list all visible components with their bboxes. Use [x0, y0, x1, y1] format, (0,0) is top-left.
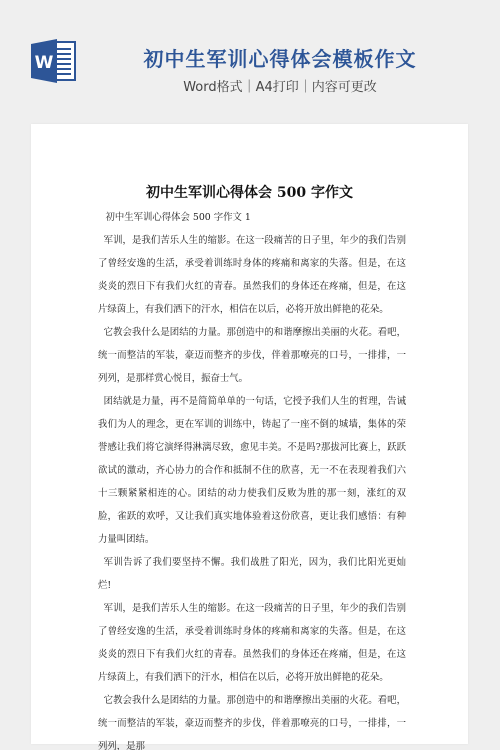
svg-text:W: W	[35, 53, 54, 73]
document-paragraph: 军训告诉了我们要坚持不懈。我们战胜了阳光，因为，我们比阳光更灿烂!	[98, 551, 406, 597]
document-body: 初中生军训心得体会 500 字作文 1 军训，是我们苦乐人生的缩影。在这一段痛苦…	[98, 206, 406, 750]
page-title: 初中生军训心得体会模板作文	[120, 43, 440, 72]
document-paragraph: 它教会我什么是团结的力量。那创造中的和谐摩擦出美丽的火花。看吧，统一而整洁的军装…	[98, 321, 406, 390]
document-page: 初中生军训心得体会 500 字作文 初中生军训心得体会 500 字作文 1 军训…	[31, 124, 468, 744]
document-paragraph: 团结就是力量，再不是简简单单的一句话，它授予我们人生的哲理，告诫我们为人的理念，…	[98, 390, 406, 551]
document-title: 初中生军训心得体会 500 字作文	[31, 182, 468, 202]
document-paragraph: 军训，是我们苦乐人生的缩影。在这一段痛苦的日子里，年少的我们告别了曾经安逸的生活…	[98, 229, 406, 321]
document-subheading: 初中生军训心得体会 500 字作文 1	[98, 206, 406, 229]
word-document-icon: W	[31, 39, 77, 83]
header: W 初中生军训心得体会模板作文 Word格式｜A4打印｜内容可更改	[0, 0, 500, 120]
document-paragraph: 它教会我什么是团结的力量。那创造中的和谐摩擦出美丽的火花。看吧，统一而整洁的军装…	[98, 689, 406, 750]
page-subtitle: Word格式｜A4打印｜内容可更改	[120, 76, 440, 95]
document-paragraph: 军训，是我们苦乐人生的缩影。在这一段痛苦的日子里，年少的我们告别了曾经安逸的生活…	[98, 597, 406, 689]
